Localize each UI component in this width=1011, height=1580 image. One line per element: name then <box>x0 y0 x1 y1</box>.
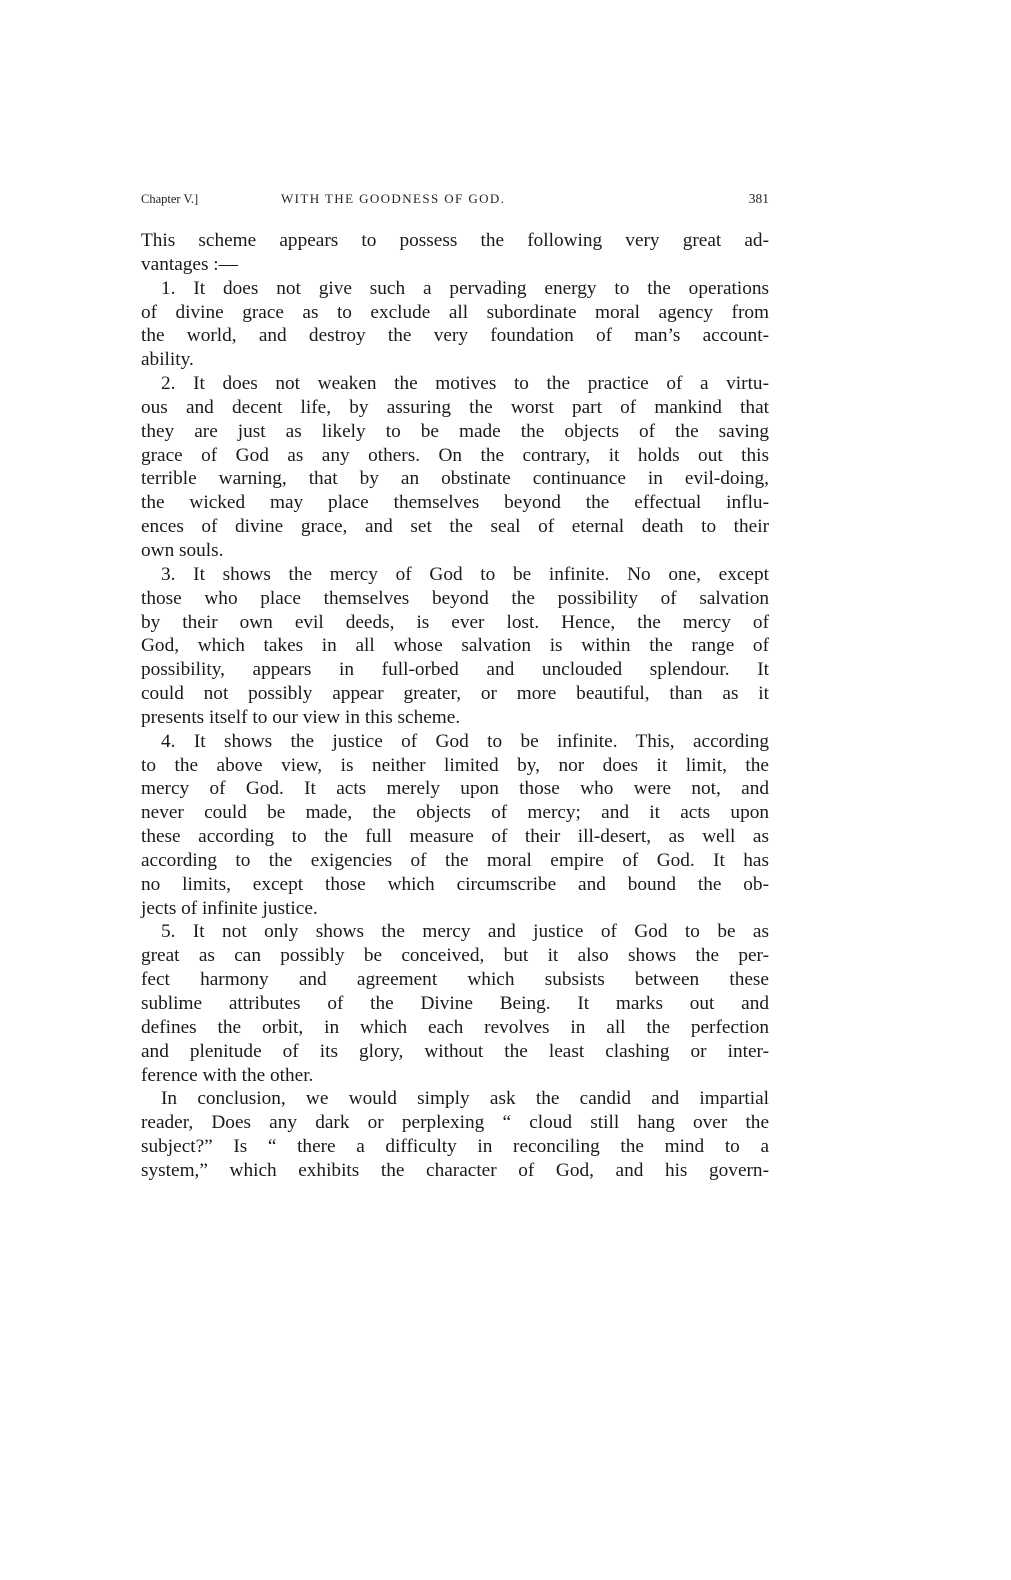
chapter-label: Chapter V.] <box>141 187 198 211</box>
text-line: of divine grace as to exclude all subord… <box>141 301 769 325</box>
text-line: great as can possibly be conceived, but … <box>141 944 769 968</box>
text-line: This scheme appears to possess the follo… <box>141 229 769 253</box>
text-line: defines the orbit, in which each revolve… <box>141 1016 769 1040</box>
text-line: 1. It does not give such a pervading ene… <box>141 277 769 301</box>
text-line: those who place themselves beyond the po… <box>141 587 769 611</box>
text-line: reader, Does any dark or perplexing “ cl… <box>141 1111 769 1135</box>
text-line: mercy of God. It acts merely upon those … <box>141 777 769 801</box>
book-page: Chapter V.] WITH THE GOODNESS OF GOD. 38… <box>141 187 769 1183</box>
text-line: ference with the other. <box>141 1064 769 1088</box>
text-line: 4. It shows the justice of God to be inf… <box>141 730 769 754</box>
text-line: the wicked may place themselves beyond t… <box>141 491 769 515</box>
text-line: these according to the full measure of t… <box>141 825 769 849</box>
running-title: WITH THE GOODNESS OF GOD. <box>281 187 505 211</box>
text-line: subject?” Is “ there a difficulty in rec… <box>141 1135 769 1159</box>
text-line: ability. <box>141 348 769 372</box>
text-line: could not possibly appear greater, or mo… <box>141 682 769 706</box>
text-line: the world, and destroy the very foundati… <box>141 324 769 348</box>
text-line: system,” which exhibits the character of… <box>141 1159 769 1183</box>
text-line: presents itself to our view in this sche… <box>141 706 769 730</box>
text-line: by their own evil deeds, is ever lost. H… <box>141 611 769 635</box>
running-head: Chapter V.] WITH THE GOODNESS OF GOD. 38… <box>141 187 769 211</box>
text-line: terrible warning, that by an obstinate c… <box>141 467 769 491</box>
body-text: This scheme appears to possess the follo… <box>141 229 769 1183</box>
text-line: according to the exigencies of the moral… <box>141 849 769 873</box>
text-line: fect harmony and agreement which subsist… <box>141 968 769 992</box>
text-line: vantages :— <box>141 253 769 277</box>
text-line: no limits, except those which circumscri… <box>141 873 769 897</box>
text-line: ences of divine grace, and set the seal … <box>141 515 769 539</box>
text-line: In conclusion, we would simply ask the c… <box>141 1087 769 1111</box>
text-line: own souls. <box>141 539 769 563</box>
text-line: jects of infinite justice. <box>141 897 769 921</box>
text-line: to the above view, is neither limited by… <box>141 754 769 778</box>
text-line: ous and decent life, by assuring the wor… <box>141 396 769 420</box>
text-line: never could be made, the objects of merc… <box>141 801 769 825</box>
text-line: and plenitude of its glory, without the … <box>141 1040 769 1064</box>
text-line: God, which takes in all whose salvation … <box>141 634 769 658</box>
text-line: sublime attributes of the Divine Being. … <box>141 992 769 1016</box>
text-line: 3. It shows the mercy of God to be infin… <box>141 563 769 587</box>
text-line: 5. It not only shows the mercy and justi… <box>141 920 769 944</box>
text-line: 2. It does not weaken the motives to the… <box>141 372 769 396</box>
page-number: 381 <box>749 187 769 211</box>
text-line: grace of God as any others. On the contr… <box>141 444 769 468</box>
text-line: possibility, appears in full-orbed and u… <box>141 658 769 682</box>
text-line: they are just as likely to be made the o… <box>141 420 769 444</box>
